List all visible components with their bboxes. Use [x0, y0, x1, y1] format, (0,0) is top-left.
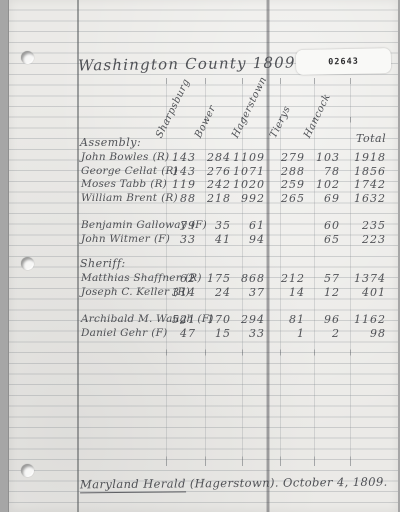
vote-total: 1856	[336, 165, 386, 178]
column-header: Hancock	[302, 92, 333, 140]
punch-hole	[21, 257, 34, 270]
vote-count: 65	[294, 233, 340, 246]
vote-total: 1632	[336, 192, 386, 205]
vote-count: 78	[294, 165, 340, 178]
vote-count: 61	[219, 219, 265, 232]
total-column-label: Total	[356, 132, 386, 145]
vote-count: 94	[219, 233, 265, 246]
candidate-name-text: Moses Tabb	[81, 178, 146, 190]
vote-count: 2	[294, 327, 340, 340]
vote-total: 1918	[336, 151, 386, 164]
vote-total: 1162	[336, 313, 386, 326]
archival-label: 02643	[296, 48, 392, 75]
margin-rule	[77, 0, 79, 512]
citation-rest: (Hagerstown). October 4, 1809.	[186, 475, 388, 491]
candidate-name-text: William Brent	[81, 192, 157, 204]
scan-fold-line	[266, 0, 270, 512]
vote-total: 1374	[336, 272, 386, 285]
section-heading: Assembly:	[80, 136, 141, 149]
candidate-name-text: John Bowles	[81, 151, 149, 163]
column-header: Sharpsburg	[154, 77, 192, 140]
citation-source: Maryland Herald	[80, 476, 186, 493]
vote-count: 96	[294, 313, 340, 326]
section-heading: Sheriff:	[80, 257, 126, 270]
punch-hole	[21, 464, 34, 477]
scanned-document: { "archival_label": { "number": "02643" …	[0, 0, 400, 512]
vote-count: 12	[294, 286, 340, 299]
vote-count: 60	[294, 219, 340, 232]
vote-count: 103	[294, 151, 340, 164]
archival-label-number: 02643	[328, 56, 359, 67]
vote-count: 102	[294, 178, 340, 191]
column-header: Tierys	[268, 104, 293, 140]
vote-total: 1742	[336, 178, 386, 191]
vote-total: 401	[336, 286, 386, 299]
punch-hole	[21, 51, 34, 64]
ledger-page: 02643 Washington County 1809 SharpsburgB…	[8, 0, 398, 512]
citation: Maryland Herald (Hagerstown). October 4,…	[80, 475, 388, 492]
vote-total: 223	[336, 233, 386, 246]
candidate-name-text: Daniel Gehr	[81, 327, 147, 339]
column-header: Hagerstown	[230, 75, 269, 140]
page-title: Washington County 1809	[78, 53, 296, 74]
vote-total: 98	[336, 327, 386, 340]
vote-count: 69	[294, 192, 340, 205]
vote-total: 235	[336, 219, 386, 232]
vote-count: 57	[294, 272, 340, 285]
candidate-name-text: John Witmer	[81, 233, 150, 245]
candidate-name-text: George Cellat	[81, 165, 157, 177]
